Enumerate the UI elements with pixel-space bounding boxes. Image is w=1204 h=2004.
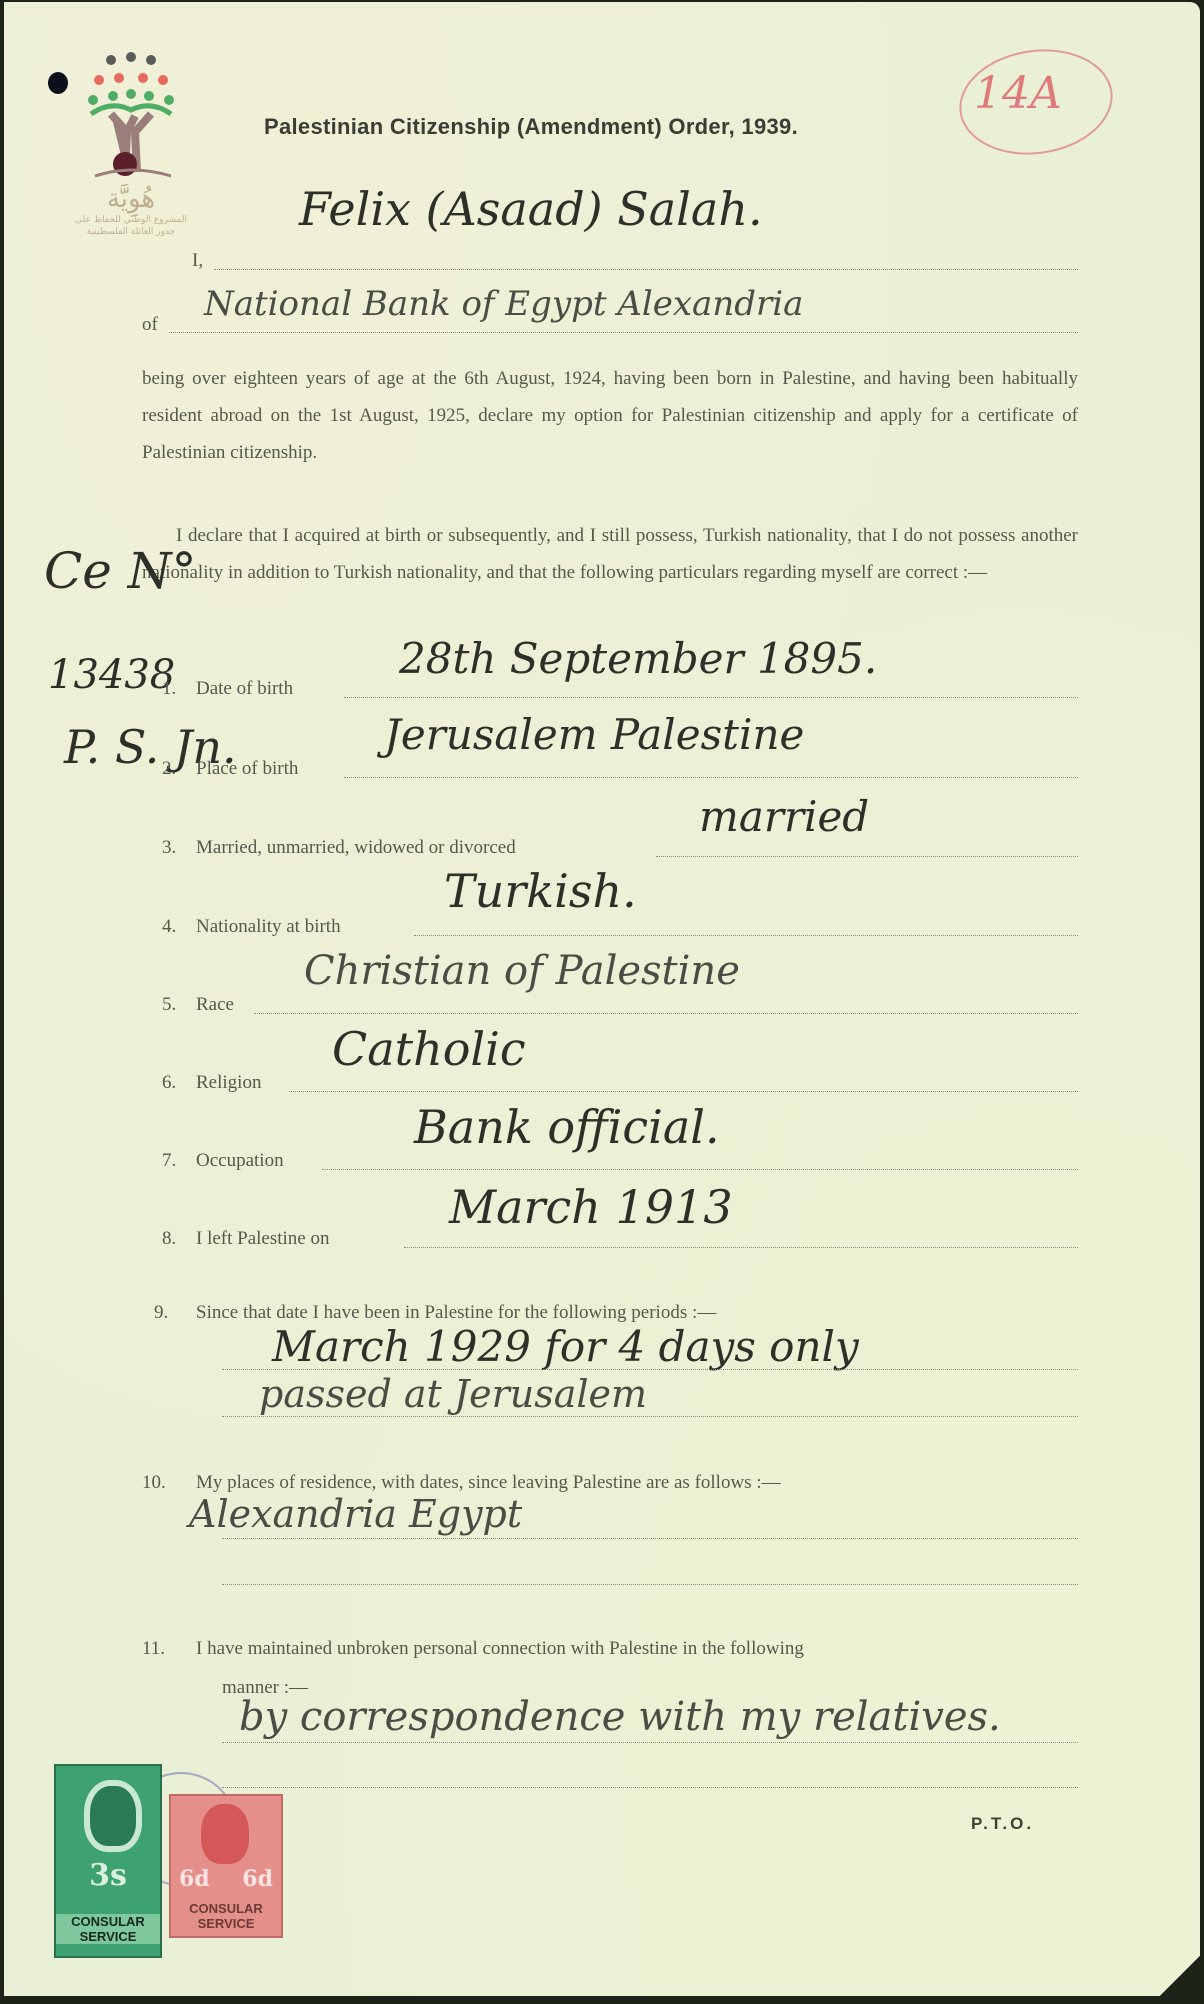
particular-number: 1.: [162, 678, 176, 700]
item-rule: [222, 1742, 1078, 1743]
particular-rule: [322, 1169, 1078, 1170]
particular-value[interactable]: Jerusalem Palestine: [384, 710, 804, 759]
pto-label: P.T.O.: [971, 1814, 1034, 1834]
particular-rule: [656, 856, 1078, 857]
particular-label: Religion: [196, 1072, 261, 1094]
particular-value[interactable]: Turkish.: [444, 864, 637, 918]
particular-number: 2.: [162, 758, 176, 780]
particular-number: 3.: [162, 837, 176, 859]
declaration-paragraph-2: I declare that I acquired at birth or su…: [142, 517, 1078, 591]
of-value[interactable]: National Bank of Egypt Alexandria: [204, 284, 803, 324]
stamp-caption-line-1: CONSULAR: [171, 1901, 281, 1916]
king-portrait-icon: [201, 1804, 249, 1864]
stamp-value: 3s: [56, 1858, 160, 1893]
stamp-caption: CONSULAR SERVICE: [171, 1901, 281, 1931]
document-page: هُوِيَّة المشروع الوطني للحفاظ على جذور …: [4, 2, 1200, 1996]
particular-rule: [254, 1013, 1078, 1014]
stamp-caption-line-2: SERVICE: [171, 1916, 281, 1931]
item-rule: [222, 1538, 1078, 1539]
name-rule: [214, 269, 1078, 270]
item-number: 10.: [142, 1472, 166, 1494]
folded-corner: [1160, 1956, 1200, 1996]
particular-number: 5.: [162, 994, 176, 1016]
revenue-stamp-3s: 3s CONSULAR SERVICE: [54, 1764, 162, 1958]
particular-value[interactable]: Catholic: [332, 1022, 526, 1076]
punch-hole: [48, 72, 68, 94]
particular-label: Race: [196, 994, 234, 1016]
stamp-value-left: 6d: [179, 1866, 210, 1892]
name-value[interactable]: Felix (Asaad) Salah.: [299, 182, 763, 236]
particular-label: Date of birth: [196, 678, 293, 700]
of-rule: [169, 332, 1078, 333]
stamp-caption-line-1: CONSULAR: [56, 1914, 160, 1929]
logo-subtitle-2: جذور العائلة الفلسطينية: [66, 226, 196, 238]
particular-value[interactable]: 28th September 1895.: [399, 634, 877, 683]
particular-value[interactable]: March 1913: [449, 1180, 733, 1234]
particular-label: Place of birth: [196, 758, 298, 780]
revenue-stamp-6d: 6d 6d CONSULAR SERVICE: [169, 1794, 283, 1938]
particular-rule: [289, 1091, 1078, 1092]
logo-subtitle-1: المشروع الوطني للحفاظ على: [66, 214, 196, 226]
reference-number: 14A: [974, 68, 1062, 119]
particular-value[interactable]: Christian of Palestine: [304, 948, 740, 994]
particular-number: 4.: [162, 916, 176, 938]
item-rule: [222, 1787, 1078, 1788]
item-9-line-1[interactable]: March 1929 for 4 days only: [272, 1322, 859, 1371]
item-rule: [222, 1416, 1078, 1417]
particular-rule: [344, 777, 1078, 778]
margin-note-ce: Ce N°: [44, 542, 197, 600]
particular-label: Married, unmarried, widowed or divorced: [196, 837, 516, 859]
particular-rule: [414, 935, 1078, 936]
item-rule: [222, 1369, 1078, 1370]
particular-value[interactable]: Bank official.: [414, 1100, 720, 1154]
item-rule: [222, 1584, 1078, 1585]
item-9-line-2[interactable]: passed at Jerusalem: [259, 1372, 647, 1416]
item-11-line-1[interactable]: by correspondence with my relatives.: [239, 1694, 1001, 1740]
king-portrait-icon: [84, 1780, 142, 1852]
particular-label: I left Palestine on: [196, 1228, 330, 1250]
margin-note-number: 13438: [48, 652, 175, 698]
stamp-caption-line-2: SERVICE: [56, 1929, 160, 1944]
logo-wordmark: هُوِيَّة: [66, 184, 196, 214]
item-number: 11.: [142, 1638, 165, 1660]
item-label: I have maintained unbroken personal conn…: [196, 1638, 804, 1660]
particular-number: 7.: [162, 1150, 176, 1172]
name-label: I,: [192, 250, 203, 272]
declaration-paragraph-1: being over eighteen years of age at the …: [142, 360, 1078, 471]
stamp-caption: CONSULAR SERVICE: [56, 1914, 160, 1944]
of-label: of: [142, 314, 158, 336]
watermark-logo: هُوِيَّة المشروع الوطني للحفاظ على جذور …: [66, 52, 196, 238]
particular-label: Occupation: [196, 1150, 284, 1172]
item-label: My places of residence, with dates, sinc…: [196, 1472, 781, 1494]
particular-rule: [404, 1247, 1078, 1248]
particular-number: 6.: [162, 1072, 176, 1094]
item-10-line-1[interactable]: Alexandria Egypt: [189, 1492, 522, 1536]
particular-number: 8.: [162, 1228, 176, 1250]
item-number: 9.: [154, 1302, 168, 1324]
particular-rule: [344, 697, 1078, 698]
page-title: Palestinian Citizenship (Amendment) Orde…: [264, 114, 798, 140]
stamp-value-right: 6d: [242, 1866, 273, 1892]
particular-value[interactable]: married: [699, 792, 869, 841]
family-tree-logo-icon: [81, 52, 181, 182]
particular-label: Nationality at birth: [196, 916, 341, 938]
item-label: Since that date I have been in Palestine…: [196, 1302, 716, 1324]
